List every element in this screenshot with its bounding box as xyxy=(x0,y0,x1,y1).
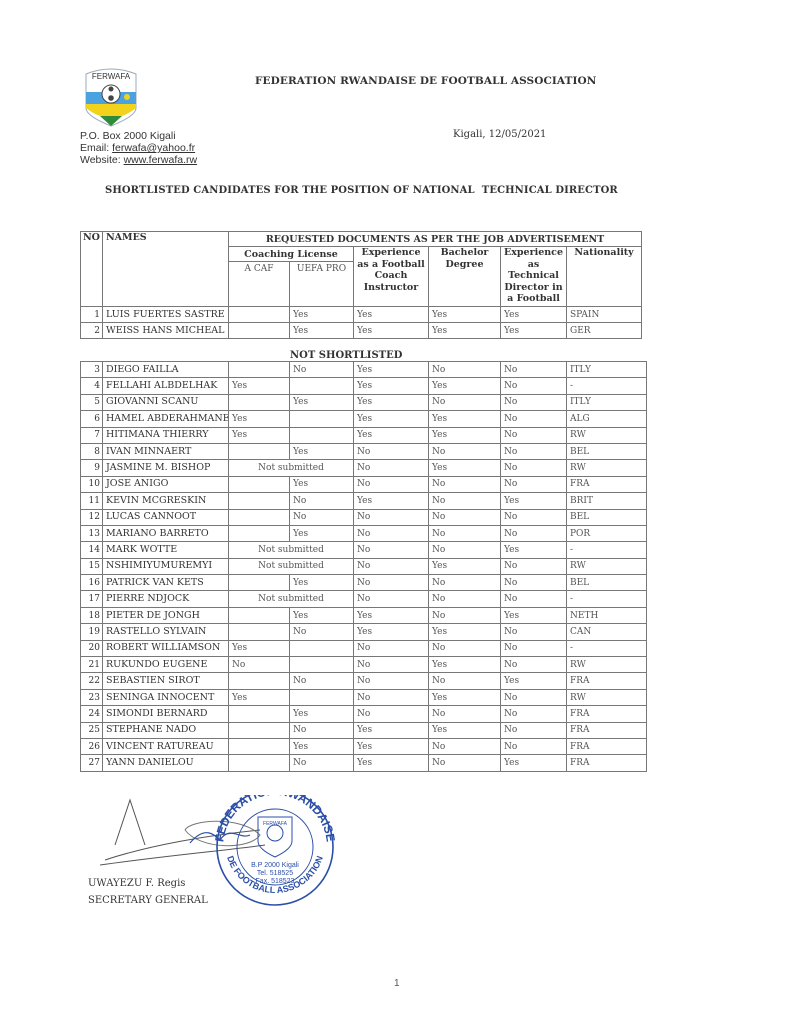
candidate-name: JOSE ANIGO xyxy=(103,476,229,492)
nationality-value: - xyxy=(567,591,647,607)
uefa-pro-value xyxy=(290,411,354,427)
table-row: 9JASMINE M. BISHOPNot submittedNoYesNoRW xyxy=(81,460,647,476)
bachelor-value: No xyxy=(429,640,501,656)
bachelor-value: Yes xyxy=(429,624,501,640)
row-number: 20 xyxy=(81,640,103,656)
bachelor-value: No xyxy=(429,542,501,558)
experience-coach-value: No xyxy=(354,591,429,607)
acaf-value xyxy=(229,738,290,754)
uefa-pro-value: No xyxy=(290,673,354,689)
uefa-pro-value: Yes xyxy=(290,394,354,410)
uefa-pro-value: No xyxy=(290,509,354,525)
candidate-name: KEVIN MCGRESKIN xyxy=(103,493,229,509)
acaf-value xyxy=(229,509,290,525)
table-row: 7HITIMANA THIERRYYesYesYesNoRW xyxy=(81,427,647,443)
bachelor-value: No xyxy=(429,591,501,607)
email-line: Email: ferwafa@yahoo.fr xyxy=(80,142,197,154)
email-link[interactable]: ferwafa@yahoo.fr xyxy=(112,142,195,154)
experience-coach-value: Yes xyxy=(354,607,429,623)
experience-coach-value: Yes xyxy=(354,362,429,378)
not-shortlisted-table: 3DIEGO FAILLANoYesNoNoITLY4FELLAHI ALBDE… xyxy=(80,361,647,772)
bachelor-value: No xyxy=(429,575,501,591)
row-number: 6 xyxy=(81,411,103,427)
row-number: 14 xyxy=(81,542,103,558)
candidate-name: MARK WOTTE xyxy=(103,542,229,558)
acaf-value xyxy=(229,673,290,689)
bachelor-value: Yes xyxy=(429,657,501,673)
uefa-pro-value: No xyxy=(290,493,354,509)
experience-td-value: No xyxy=(501,689,567,705)
table-row: 5GIOVANNI SCANUYesYesNoNoITLY xyxy=(81,394,647,410)
experience-coach-value: Yes xyxy=(354,394,429,410)
table-row: 13MARIANO BARRETOYesNoNoNoPOR xyxy=(81,525,647,541)
experience-td-value: No xyxy=(501,427,567,443)
page-number: 1 xyxy=(394,978,400,989)
row-number: 17 xyxy=(81,591,103,607)
header-experience-coach: Experience as a Football Coach Instructo… xyxy=(354,247,429,307)
candidate-name: SENINGA INNOCENT xyxy=(103,689,229,705)
experience-coach-value: No xyxy=(354,542,429,558)
table-row: 4FELLAHI ALBDELHAKYesYesYesNo- xyxy=(81,378,647,394)
experience-td-value: No xyxy=(501,362,567,378)
table-row: 6HAMEL ABDERAHMANEYesYesYesNoALG xyxy=(81,411,647,427)
experience-coach-value: Yes xyxy=(354,411,429,427)
table-row: 23SENINGA INNOCENTYesNoYesNoRW xyxy=(81,689,647,705)
table-row: 1LUIS FUERTES SASTREYesYesYesYesSPAIN xyxy=(81,307,642,323)
table-row: 12LUCAS CANNOOTNoNoNoNoBEL xyxy=(81,509,647,525)
svg-text:Fax. 518523: Fax. 518523 xyxy=(256,878,295,885)
candidate-name: LUIS FUERTES SASTRE xyxy=(103,307,229,323)
row-number: 24 xyxy=(81,706,103,722)
coaching-license-status: Not submitted xyxy=(229,558,354,574)
email-label: Email: xyxy=(80,142,112,154)
experience-td-value: No xyxy=(501,722,567,738)
experience-coach-value: No xyxy=(354,640,429,656)
signatory-name: UWAYEZU F. Regis xyxy=(88,875,208,892)
uefa-pro-value xyxy=(290,657,354,673)
row-number: 25 xyxy=(81,722,103,738)
table-row: 15NSHIMIYUMUREMYINot submittedNoYesNoRW xyxy=(81,558,647,574)
candidate-name: GIOVANNI SCANU xyxy=(103,394,229,410)
bachelor-value: Yes xyxy=(429,323,501,339)
candidate-name: VINCENT RATUREAU xyxy=(103,738,229,754)
bachelor-value: No xyxy=(429,509,501,525)
uefa-pro-value: Yes xyxy=(290,706,354,722)
experience-coach-value: No xyxy=(354,575,429,591)
experience-coach-value: No xyxy=(354,558,429,574)
nationality-value: BEL xyxy=(567,443,647,459)
acaf-value xyxy=(229,476,290,492)
uefa-pro-value: No xyxy=(290,755,354,771)
nationality-value: POR xyxy=(567,525,647,541)
experience-coach-value: Yes xyxy=(354,722,429,738)
acaf-value: Yes xyxy=(229,640,290,656)
uefa-pro-value xyxy=(290,427,354,443)
nationality-value: RW xyxy=(567,689,647,705)
svg-text:Tel. 518525: Tel. 518525 xyxy=(257,870,293,877)
row-number: 26 xyxy=(81,738,103,754)
nationality-value: CAN xyxy=(567,624,647,640)
contact-block: P.O. Box 2000 Kigali Email: ferwafa@yaho… xyxy=(80,130,197,166)
svg-text:FERWAFA: FERWAFA xyxy=(263,821,288,827)
candidate-name: YANN DANIELOU xyxy=(103,755,229,771)
table-row: 27YANN DANIELOUNoYesNoYesFRA xyxy=(81,755,647,771)
row-number: 5 xyxy=(81,394,103,410)
experience-td-value: No xyxy=(501,591,567,607)
experience-td-value: Yes xyxy=(501,755,567,771)
candidate-name: IVAN MINNAERT xyxy=(103,443,229,459)
nationality-value: RW xyxy=(567,558,647,574)
experience-coach-value: No xyxy=(354,509,429,525)
bachelor-value: Yes xyxy=(429,460,501,476)
uefa-pro-value: Yes xyxy=(290,443,354,459)
acaf-value xyxy=(229,706,290,722)
acaf-value xyxy=(229,755,290,771)
candidate-name: WEISS HANS MICHEAL xyxy=(103,323,229,339)
date-line: Kigali, 12/05/2021 xyxy=(453,129,546,140)
experience-coach-value: Yes xyxy=(354,307,429,323)
candidate-name: SIMONDI BERNARD xyxy=(103,706,229,722)
experience-td-value: Yes xyxy=(501,307,567,323)
bachelor-value: Yes xyxy=(429,307,501,323)
nationality-value: BRIT xyxy=(567,493,647,509)
experience-coach-value: Yes xyxy=(354,755,429,771)
experience-td-value: No xyxy=(501,575,567,591)
bachelor-value: No xyxy=(429,738,501,754)
nationality-value: FRA xyxy=(567,755,647,771)
candidate-name: FELLAHI ALBDELHAK xyxy=(103,378,229,394)
table-row: 20ROBERT WILLIAMSONYesNoNoNo- xyxy=(81,640,647,656)
acaf-value xyxy=(229,362,290,378)
table-row: 2WEISS HANS MICHEALYesYesYesYesGER xyxy=(81,323,642,339)
candidate-name: LUCAS CANNOOT xyxy=(103,509,229,525)
bachelor-value: Yes xyxy=(429,722,501,738)
row-number: 27 xyxy=(81,755,103,771)
candidate-name: PATRICK VAN KETS xyxy=(103,575,229,591)
uefa-pro-value: No xyxy=(290,362,354,378)
bachelor-value: No xyxy=(429,525,501,541)
candidate-name: RASTELLO SYLVAIN xyxy=(103,624,229,640)
bachelor-value: No xyxy=(429,607,501,623)
acaf-value xyxy=(229,323,290,339)
experience-td-value: Yes xyxy=(501,607,567,623)
experience-td-value: No xyxy=(501,460,567,476)
nationality-value: - xyxy=(567,378,647,394)
bachelor-value: No xyxy=(429,394,501,410)
experience-td-value: No xyxy=(501,378,567,394)
experience-td-value: Yes xyxy=(501,493,567,509)
acaf-value xyxy=(229,607,290,623)
website-line: Website: www.ferwafa.rw xyxy=(80,154,197,166)
acaf-value: Yes xyxy=(229,427,290,443)
acaf-value xyxy=(229,624,290,640)
bachelor-value: Yes xyxy=(429,427,501,443)
bachelor-value: No xyxy=(429,362,501,378)
experience-td-value: No xyxy=(501,706,567,722)
candidate-name: STEPHANE NADO xyxy=(103,722,229,738)
acaf-value xyxy=(229,443,290,459)
header-coaching-license: Coaching License xyxy=(229,247,354,262)
uefa-pro-value: No xyxy=(290,722,354,738)
row-number: 3 xyxy=(81,362,103,378)
candidate-name: JASMINE M. BISHOP xyxy=(103,460,229,476)
experience-td-value: Yes xyxy=(501,673,567,689)
coaching-license-status: Not submitted xyxy=(229,591,354,607)
organization-title: FEDERATION RWANDAISE DE FOOTBALL ASSOCIA… xyxy=(255,75,596,87)
signatory-block: UWAYEZU F. Regis SECRETARY GENERAL xyxy=(88,875,208,909)
header-requested-documents: REQUESTED DOCUMENTS AS PER THE JOB ADVER… xyxy=(229,232,642,247)
nationality-value: - xyxy=(567,640,647,656)
shortlisted-table: NO NAMES REQUESTED DOCUMENTS AS PER THE … xyxy=(80,231,642,339)
nationality-value: RW xyxy=(567,460,647,476)
experience-coach-value: Yes xyxy=(354,624,429,640)
table-row: 19RASTELLO SYLVAINNoYesYesNoCAN xyxy=(81,624,647,640)
experience-coach-value: Yes xyxy=(354,378,429,394)
acaf-value: Yes xyxy=(229,378,290,394)
experience-coach-value: Yes xyxy=(354,493,429,509)
bachelor-value: Yes xyxy=(429,558,501,574)
nationality-value: BEL xyxy=(567,509,647,525)
experience-coach-value: No xyxy=(354,657,429,673)
uefa-pro-value: Yes xyxy=(290,607,354,623)
acaf-value xyxy=(229,575,290,591)
uefa-pro-value: Yes xyxy=(290,525,354,541)
header-bachelor: Bachelor Degree xyxy=(429,247,501,307)
experience-coach-value: No xyxy=(354,443,429,459)
bachelor-value: No xyxy=(429,706,501,722)
row-number: 21 xyxy=(81,657,103,673)
candidate-name: PIETER DE JONGH xyxy=(103,607,229,623)
bachelor-value: Yes xyxy=(429,378,501,394)
table-row: 25STEPHANE NADONoYesYesNoFRA xyxy=(81,722,647,738)
uefa-pro-value: Yes xyxy=(290,307,354,323)
table-row: 3DIEGO FAILLANoYesNoNoITLY xyxy=(81,362,647,378)
acaf-value xyxy=(229,525,290,541)
nationality-value: GER xyxy=(567,323,642,339)
nationality-value: RW xyxy=(567,427,647,443)
nationality-value: BEL xyxy=(567,575,647,591)
experience-td-value: No xyxy=(501,411,567,427)
uefa-pro-value xyxy=(290,640,354,656)
row-number: 1 xyxy=(81,307,103,323)
bachelor-value: No xyxy=(429,493,501,509)
header-acaf: A CAF xyxy=(229,262,290,307)
table-row: 14MARK WOTTENot submittedNoNoYes- xyxy=(81,542,647,558)
bachelor-value: Yes xyxy=(429,411,501,427)
table-row: 18PIETER DE JONGHYesYesNoYesNETH xyxy=(81,607,647,623)
row-number: 8 xyxy=(81,443,103,459)
row-number: 19 xyxy=(81,624,103,640)
header-uefa-pro: UEFA PRO xyxy=(290,262,354,307)
nationality-value: ALG xyxy=(567,411,647,427)
row-number: 16 xyxy=(81,575,103,591)
nationality-value: NETH xyxy=(567,607,647,623)
acaf-value: No xyxy=(229,657,290,673)
nationality-value: ITLY xyxy=(567,362,647,378)
uefa-pro-value: Yes xyxy=(290,738,354,754)
experience-coach-value: No xyxy=(354,525,429,541)
nationality-value: FRA xyxy=(567,476,647,492)
row-number: 22 xyxy=(81,673,103,689)
uefa-pro-value: No xyxy=(290,624,354,640)
nationality-value: ITLY xyxy=(567,394,647,410)
po-box: P.O. Box 2000 Kigali xyxy=(80,130,197,142)
candidate-name: NSHIMIYUMUREMYI xyxy=(103,558,229,574)
table-row: 21RUKUNDO EUGENENoNoYesNoRW xyxy=(81,657,647,673)
header-experience-td: Experience as Technical Director in a Fo… xyxy=(501,247,567,307)
acaf-value xyxy=(229,722,290,738)
website-label: Website: xyxy=(80,154,124,166)
bachelor-value: No xyxy=(429,755,501,771)
experience-td-value: Yes xyxy=(501,323,567,339)
row-number: 12 xyxy=(81,509,103,525)
svg-text:FEDERATION RWANDAISE: FEDERATION RWANDAISE xyxy=(212,795,338,843)
experience-td-value: No xyxy=(501,558,567,574)
website-link[interactable]: www.ferwafa.rw xyxy=(124,154,198,166)
ferwafa-logo: FERWAFA xyxy=(80,66,142,128)
svg-text:FERWAFA: FERWAFA xyxy=(92,72,131,81)
acaf-value: Yes xyxy=(229,689,290,705)
nationality-value: FRA xyxy=(567,738,647,754)
acaf-value xyxy=(229,493,290,509)
table-row: 24SIMONDI BERNARDYesNoNoNoFRA xyxy=(81,706,647,722)
row-number: 11 xyxy=(81,493,103,509)
uefa-pro-value: Yes xyxy=(290,323,354,339)
experience-td-value: Yes xyxy=(501,542,567,558)
experience-td-value: No xyxy=(501,525,567,541)
experience-td-value: No xyxy=(501,476,567,492)
not-shortlisted-caption: NOT SHORTLISTED xyxy=(290,350,402,361)
table-row: 17PIERRE NDJOCKNot submittedNoNoNo- xyxy=(81,591,647,607)
candidate-name: HAMEL ABDERAHMANE xyxy=(103,411,229,427)
experience-coach-value: No xyxy=(354,460,429,476)
nationality-value: RW xyxy=(567,657,647,673)
svg-text:B.P 2000 Kigali: B.P 2000 Kigali xyxy=(251,862,299,869)
coaching-license-status: Not submitted xyxy=(229,460,354,476)
row-number: 23 xyxy=(81,689,103,705)
candidate-name: RUKUNDO EUGENE xyxy=(103,657,229,673)
header-names: NAMES xyxy=(103,232,229,307)
experience-coach-value: Yes xyxy=(354,427,429,443)
experience-td-value: No xyxy=(501,509,567,525)
row-number: 7 xyxy=(81,427,103,443)
candidate-name: ROBERT WILLIAMSON xyxy=(103,640,229,656)
row-number: 15 xyxy=(81,558,103,574)
row-number: 9 xyxy=(81,460,103,476)
uefa-pro-value xyxy=(290,378,354,394)
document-title: SHORTLISTED CANDIDATES FOR THE POSITION … xyxy=(105,185,618,196)
candidate-name: DIEGO FAILLA xyxy=(103,362,229,378)
experience-coach-value: No xyxy=(354,476,429,492)
nationality-value: FRA xyxy=(567,706,647,722)
experience-coach-value: Yes xyxy=(354,323,429,339)
uefa-pro-value: Yes xyxy=(290,476,354,492)
acaf-value xyxy=(229,307,290,323)
candidate-name: PIERRE NDJOCK xyxy=(103,591,229,607)
table-row: 16PATRICK VAN KETSYesNoNoNoBEL xyxy=(81,575,647,591)
experience-td-value: No xyxy=(501,443,567,459)
nationality-value: FRA xyxy=(567,673,647,689)
candidate-name: MARIANO BARRETO xyxy=(103,525,229,541)
row-number: 10 xyxy=(81,476,103,492)
bachelor-value: No xyxy=(429,673,501,689)
row-number: 18 xyxy=(81,607,103,623)
experience-td-value: No xyxy=(501,624,567,640)
nationality-value: SPAIN xyxy=(567,307,642,323)
uefa-pro-value: Yes xyxy=(290,575,354,591)
acaf-value: Yes xyxy=(229,411,290,427)
candidate-name: HITIMANA THIERRY xyxy=(103,427,229,443)
table-row: 22SEBASTIEN SIROTNoNoNoYesFRA xyxy=(81,673,647,689)
table-row: 10JOSE ANIGOYesNoNoNoFRA xyxy=(81,476,647,492)
bachelor-value: No xyxy=(429,443,501,459)
candidate-name: SEBASTIEN SIROT xyxy=(103,673,229,689)
experience-coach-value: No xyxy=(354,673,429,689)
nationality-value: FRA xyxy=(567,722,647,738)
row-number: 4 xyxy=(81,378,103,394)
acaf-value xyxy=(229,394,290,410)
table-row: 26VINCENT RATUREAUYesYesNoNoFRA xyxy=(81,738,647,754)
header-no: NO xyxy=(81,232,103,307)
experience-coach-value: Yes xyxy=(354,738,429,754)
row-number: 2 xyxy=(81,323,103,339)
header-nationality: Nationality xyxy=(567,247,642,307)
uefa-pro-value xyxy=(290,689,354,705)
experience-td-value: No xyxy=(501,738,567,754)
experience-coach-value: No xyxy=(354,706,429,722)
experience-td-value: No xyxy=(501,394,567,410)
bachelor-value: Yes xyxy=(429,689,501,705)
experience-td-value: No xyxy=(501,657,567,673)
experience-coach-value: No xyxy=(354,689,429,705)
signatory-title: SECRETARY GENERAL xyxy=(88,892,208,909)
nationality-value: - xyxy=(567,542,647,558)
coaching-license-status: Not submitted xyxy=(229,542,354,558)
table-row: 11KEVIN MCGRESKINNoYesNoYesBRIT xyxy=(81,493,647,509)
row-number: 13 xyxy=(81,525,103,541)
bachelor-value: No xyxy=(429,476,501,492)
experience-td-value: No xyxy=(501,640,567,656)
table-row: 8IVAN MINNAERTYesNoNoNoBEL xyxy=(81,443,647,459)
